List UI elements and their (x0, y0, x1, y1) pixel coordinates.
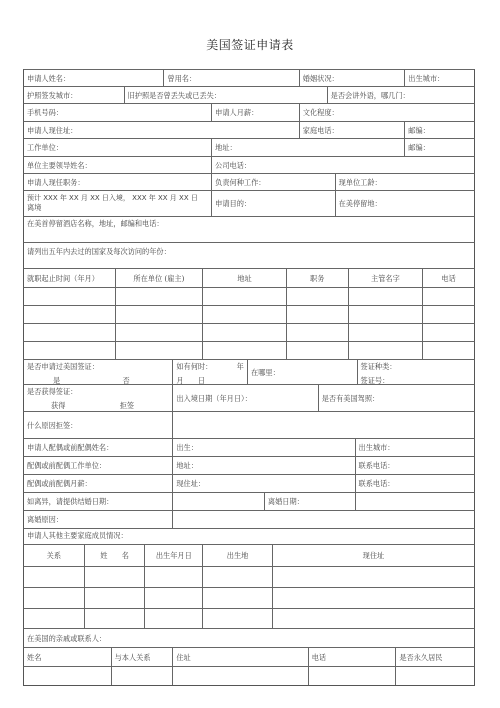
supervisor-name-field[interactable]: 单位主要领导姓名： (24, 157, 212, 173)
employment-cell[interactable] (203, 324, 287, 341)
visa-applied-yes[interactable]: 是 (53, 376, 60, 384)
position-field[interactable]: 申请人现任职务： (24, 174, 212, 190)
employment-header-period: 就职起止时间（年月） (24, 269, 116, 287)
employer-field[interactable]: 工作单位： (24, 139, 212, 156)
family-cell[interactable] (145, 588, 203, 608)
foreign-language-field[interactable]: 是否会讲外语，哪几门： (328, 87, 474, 103)
visa-where-field[interactable]: 在哪里： (248, 360, 358, 384)
employment-cell[interactable] (24, 342, 116, 359)
old-passport-lost-field[interactable]: 旧护照是否曾丢失或已丢失： (125, 87, 328, 103)
form-row-divorce-reason: 离婚原因： (23, 510, 475, 528)
divorce-date-label: 离婚日期： (265, 493, 356, 510)
visa-applied-field[interactable]: 是否申请过美国签证： 是 否 (24, 360, 173, 384)
page-title: 美国签证申请表 (0, 36, 500, 53)
marriage-date-input[interactable] (173, 493, 265, 510)
visa-application-form: 申请人姓名： 曾用名： 婚姻状况： 出生城市： 护照签发城市： 旧护照是否曾丢失… (23, 69, 475, 686)
employment-cell[interactable] (287, 306, 349, 323)
form-row-spouse-name: 申请人配偶或前配偶姓名： 出生： 出生城市： (23, 438, 475, 456)
employment-header-employer: 所在单位 (雇主) (116, 269, 204, 287)
employment-table-row (23, 305, 475, 323)
family-header-name: 姓 名 (85, 545, 146, 566)
marital-status-field[interactable]: 婚姻状况： (300, 70, 406, 86)
divorce-date-input[interactable] (356, 493, 474, 510)
form-row-address: 申请人现住址： 家庭电话： 邮编： (23, 121, 475, 138)
family-header-birthdate: 出生年月日 (145, 545, 203, 566)
contacts-cell[interactable] (24, 667, 112, 685)
employment-cell[interactable] (423, 288, 474, 305)
visa-obtained-label: 是否获得签证： (27, 387, 77, 396)
family-cell[interactable] (273, 567, 474, 587)
family-section-label: 申请人其他主要家庭成员情况： (24, 529, 474, 544)
contacts-cell[interactable] (173, 667, 308, 685)
employment-cell[interactable] (203, 306, 287, 323)
trip-dates-line1: 预计 XXX 年 XX 月 XX 日入境， XXX 年 XX 月 XX 日 (27, 194, 198, 202)
family-table-header: 关系 姓 名 出生年月日 出生地 现住址 (23, 544, 475, 566)
family-cell[interactable] (145, 567, 203, 587)
spouse-address-field[interactable]: 地址： (173, 457, 355, 474)
contacts-header-phone: 电话 (309, 648, 397, 666)
duties-field[interactable]: 负责何种工作： (212, 174, 335, 190)
applicant-name-field[interactable]: 申请人姓名： (24, 70, 164, 86)
spouse-birth-city-field[interactable]: 出生城市： (356, 439, 474, 456)
family-cell[interactable] (273, 609, 474, 628)
spouse-salary-field[interactable]: 配偶或前配偶月薪： (24, 475, 173, 492)
employment-cell[interactable] (349, 324, 424, 341)
family-table-row (23, 587, 475, 608)
form-row-visa-obtained: 是否获得签证： 获得 拒签 出入境日期（年月日）： 是否有美国驾照： (23, 384, 475, 411)
contacts-cell[interactable] (396, 667, 474, 685)
spouse-phone2-field[interactable]: 联系电话： (356, 475, 474, 492)
visa-when-field[interactable]: 如有何时： 年 月 日 (173, 360, 248, 384)
contacts-cell[interactable] (112, 667, 174, 685)
visa-type-label: 签证种类： (361, 362, 397, 371)
company-phone-field[interactable]: 公司电话： (212, 157, 474, 173)
employment-cell[interactable] (349, 306, 424, 323)
education-field[interactable]: 文化程度： (300, 104, 474, 121)
family-table-row (23, 566, 475, 587)
visa-obtained-field[interactable]: 是否获得签证： 获得 拒签 (24, 385, 173, 411)
form-row-mobile: 手机号码： 申请人月薪： 文化程度： (23, 103, 475, 121)
mobile-field[interactable]: 手机号码： (24, 104, 212, 121)
family-cell[interactable] (85, 609, 146, 628)
form-row-trip: 预计 XXX 年 XX 月 XX 日入境， XXX 年 XX 月 XX 日 离境… (23, 190, 475, 216)
divorce-reason-label: 离婚原因： (24, 511, 173, 528)
visa-number-label: 签证号： (361, 376, 390, 384)
family-cell[interactable] (24, 588, 85, 608)
spouse-birth-field[interactable]: 出生： (173, 439, 355, 456)
family-cell[interactable] (273, 588, 474, 608)
home-phone-field[interactable]: 家庭电话： (300, 122, 406, 138)
form-row-supervisor: 单位主要领导姓名： 公司电话： (23, 156, 475, 173)
employment-cell[interactable] (287, 342, 349, 359)
employment-cell[interactable] (24, 324, 116, 341)
spouse-employer-field[interactable]: 配偶或前配偶工作单位： (24, 457, 173, 474)
employer-postcode-field[interactable]: 邮编： (405, 139, 474, 156)
trip-dates-field[interactable]: 预计 XXX 年 XX 月 XX 日入境， XXX 年 XX 月 XX 日 离境 (24, 191, 212, 216)
employment-cell[interactable] (287, 324, 349, 341)
hotel-field[interactable]: 在美首停留酒店名称，地址，邮编和电话： (24, 217, 474, 242)
employment-cell[interactable] (423, 324, 474, 341)
employment-cell[interactable] (349, 342, 424, 359)
employment-cell[interactable] (116, 288, 204, 305)
spouse-name-field[interactable]: 申请人配偶或前配偶姓名： (24, 439, 173, 456)
employment-cell[interactable] (423, 306, 474, 323)
employment-cell[interactable] (203, 288, 287, 305)
visa-refused-option[interactable]: 拒签 (120, 401, 134, 410)
visa-when-label: 如有何时： (176, 362, 212, 371)
contacts-header-relation: 与本人关系 (112, 648, 174, 666)
form-row-spouse-employer: 配偶或前配偶工作单位： 地址： 联系电话： (23, 456, 475, 474)
form-row-visa-applied: 是否申请过美国签证： 是 否 如有何时： 年 月 日 在哪里： 签证种类： 签证… (23, 359, 475, 384)
monthly-salary-field[interactable]: 申请人月薪： (212, 104, 300, 121)
family-cell[interactable] (85, 567, 146, 587)
us-contacts-label: 在美国的亲戚或联系人： (24, 629, 474, 647)
passport-city-field[interactable]: 护照签发城市： (24, 87, 125, 103)
years-at-employer-field[interactable]: 现单位工龄： (336, 174, 474, 190)
employment-cell[interactable] (116, 324, 204, 341)
visa-when-month: 月 (176, 376, 183, 384)
spouse-phone-field[interactable]: 联系电话： (356, 457, 474, 474)
employment-header-phone: 电话 (423, 269, 474, 287)
employment-header-position: 职务 (287, 269, 349, 287)
employment-table-header: 就职起止时间（年月） 所在单位 (雇主) 地址 职务 主管名字 电话 (23, 268, 475, 287)
family-section-label-row: 申请人其他主要家庭成员情况： (23, 528, 475, 544)
employment-table-row (23, 341, 475, 359)
form-row-employer: 工作单位： 地址： 邮编： (23, 138, 475, 156)
us-contacts-row (23, 666, 475, 686)
family-cell[interactable] (24, 567, 85, 587)
form-row-marriage: 如离异，请提供结婚日期： 离婚日期： (23, 492, 475, 510)
visa-applied-no[interactable]: 否 (123, 376, 130, 384)
family-cell[interactable] (203, 609, 273, 628)
visa-when-day: 日 (198, 376, 205, 384)
us-contacts-header: 姓名 与本人关系 住址 电话 是否永久居民 (23, 647, 475, 666)
birth-city-field[interactable]: 出生城市： (405, 70, 474, 86)
form-row-refuse-reason: 什么原因拒签： (23, 411, 475, 438)
form-row-position: 申请人现任职务： 负责何种工作： 现单位工龄： (23, 173, 475, 190)
employment-cell[interactable] (423, 342, 474, 359)
us-contacts-label-row: 在美国的亲戚或联系人： (23, 628, 475, 647)
employment-header-address: 地址 (203, 269, 287, 287)
employment-cell[interactable] (287, 288, 349, 305)
employment-cell[interactable] (24, 288, 116, 305)
employment-cell[interactable] (349, 288, 424, 305)
employment-table-row (23, 287, 475, 305)
visa-type-number-field[interactable]: 签证种类： 签证号： (358, 360, 474, 384)
current-address-field[interactable]: 申请人现住址： (24, 122, 300, 138)
visa-applied-label: 是否申请过美国签证： (27, 362, 99, 371)
former-name-field[interactable]: 曾用名： (164, 70, 299, 86)
stay-location-field[interactable]: 在美停留地： (336, 191, 474, 216)
marriage-date-label: 如离异，请提供结婚日期： (24, 493, 173, 510)
family-header-birthplace: 出生地 (203, 545, 273, 566)
employer-address-field[interactable]: 地址： (212, 139, 405, 156)
contacts-header-name: 姓名 (24, 648, 112, 666)
employment-header-supervisor: 主管名字 (349, 269, 424, 287)
employment-table-row (23, 323, 475, 341)
family-cell[interactable] (85, 588, 146, 608)
refuse-reason-label: 什么原因拒签： (24, 412, 173, 438)
form-row-passport: 护照签发城市： 旧护照是否曾丢失或已丢失： 是否会讲外语，哪几门： (23, 86, 475, 103)
us-license-field[interactable]: 是否有美国驾照： (319, 385, 474, 411)
family-header-relation: 关系 (24, 545, 85, 566)
contacts-header-permanent-resident: 是否永久居民 (396, 648, 474, 666)
form-row-hotel: 在美首停留酒店名称，地址，邮编和电话： (23, 216, 475, 242)
employment-cell[interactable] (24, 306, 116, 323)
form-row-name: 申请人姓名： 曾用名： 婚姻状况： 出生城市： (23, 69, 475, 86)
contacts-header-address: 住址 (173, 648, 308, 666)
purpose-field[interactable]: 申请目的： (212, 191, 335, 216)
contacts-cell[interactable] (309, 667, 397, 685)
family-cell[interactable] (24, 609, 85, 628)
trip-dates-line2: 离境 (27, 203, 41, 212)
refuse-reason-input[interactable] (173, 412, 474, 438)
employment-cell[interactable] (116, 342, 204, 359)
visa-when-year: 年 (237, 362, 244, 371)
employment-cell[interactable] (116, 306, 204, 323)
family-cell[interactable] (145, 609, 203, 628)
postcode-field[interactable]: 邮编： (405, 122, 474, 138)
spouse-residence-field[interactable]: 现住址： (173, 475, 355, 492)
divorce-reason-input[interactable] (173, 511, 474, 528)
family-header-residence: 现住址 (273, 545, 474, 566)
countries-visited-field[interactable]: 请列出五年内去过的国家及每次访问的年份： (24, 243, 474, 268)
entry-exit-dates-field[interactable]: 出入境日期（年月日）： (173, 385, 318, 411)
form-row-spouse-salary: 配偶或前配偶月薪： 现住址： 联系电话： (23, 474, 475, 492)
family-table-row (23, 608, 475, 628)
family-cell[interactable] (203, 567, 273, 587)
employment-cell[interactable] (203, 342, 287, 359)
form-row-countries: 请列出五年内去过的国家及每次访问的年份： (23, 242, 475, 268)
family-cell[interactable] (203, 588, 273, 608)
visa-granted-option[interactable]: 获得 (51, 401, 65, 410)
